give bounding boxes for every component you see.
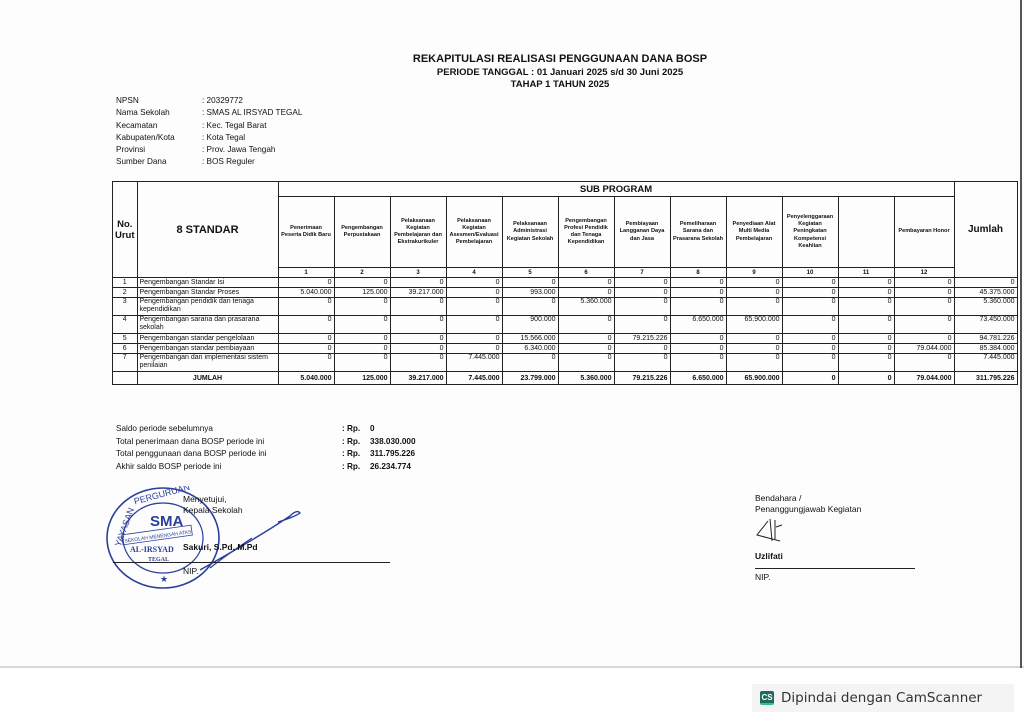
column-total: 0 (838, 372, 894, 385)
info-label: Sumber Dana (116, 156, 202, 168)
cell-value: 0 (614, 316, 670, 334)
column-number: 4 (446, 268, 502, 278)
cell-value: 0 (558, 316, 614, 334)
info-row: Kecamatan: Kec. Tegal Barat (116, 120, 302, 132)
page-bottom-edge (0, 666, 1024, 668)
info-row: Provinsi: Prov. Jawa Tengah (116, 144, 302, 156)
summary-label: Saldo periode sebelumnya (116, 423, 342, 436)
row-number: 6 (113, 344, 138, 354)
sub-program-header: SUB PROGRAM (278, 182, 954, 197)
column-total: 6.650.000 (670, 372, 726, 385)
column-total: 0 (782, 372, 838, 385)
cell-value: 0 (446, 278, 502, 288)
row-total: 45.375.000 (954, 288, 1017, 298)
grand-total: 311.795.226 (954, 372, 1017, 385)
summary-value: 0 (370, 423, 375, 436)
row-number: 2 (113, 288, 138, 298)
cell-value: 0 (334, 298, 390, 316)
cell-value: 65.900.000 (726, 316, 782, 334)
column-header: Pembayaran Honor (894, 197, 954, 268)
cell-value: 0 (278, 354, 334, 372)
cell-value: 0 (838, 354, 894, 372)
cell-value: 993.000 (502, 288, 558, 298)
cell-value: 0 (894, 334, 954, 344)
cell-value: 0 (502, 298, 558, 316)
summary-value: 311.795.226 (370, 448, 415, 461)
cell-value: 0 (726, 334, 782, 344)
cell-value: 0 (614, 344, 670, 354)
cell-value: 0 (838, 344, 894, 354)
column-number: 5 (502, 268, 558, 278)
row-number: 3 (113, 298, 138, 316)
table-row: 4 Pengembangan sarana dan prasarana seko… (113, 316, 1018, 334)
no-urut-header: No. Urut (113, 182, 138, 278)
cell-value: 0 (390, 334, 446, 344)
row-total: 94.781.226 (954, 334, 1017, 344)
cell-value: 6.650.000 (670, 316, 726, 334)
cell-value: 0 (894, 288, 954, 298)
cell-value: 0 (614, 298, 670, 316)
standar-name: Pengembangan Standar Proses (137, 288, 278, 298)
column-number: 9 (726, 268, 782, 278)
column-total: 5.040.000 (278, 372, 334, 385)
column-header: Pembiayaan Langganan Daya dan Jasa (614, 197, 670, 268)
cell-value: 0 (390, 344, 446, 354)
cell-value: 0 (670, 344, 726, 354)
cell-value: 0 (782, 344, 838, 354)
totals-label: JUMLAH (137, 372, 278, 385)
principal-signature-block: Menyetujui, Kepala Sekolah Sakuri, S.Pd,… (183, 494, 243, 516)
treasurer-title: Penanggungjawab Kegiatan (755, 504, 861, 515)
info-row: Sumber Dana: BOS Reguler (116, 156, 302, 168)
standar-name: Pengembangan standar pengelolaan (137, 334, 278, 344)
summary-label: Total penerimaan dana BOSP periode ini (116, 436, 342, 449)
cell-value: 0 (446, 344, 502, 354)
summary-value: 26.234.774 (370, 461, 411, 474)
cell-value: 0 (390, 298, 446, 316)
principal-name: Sakuri, S.Pd, M.Pd (183, 542, 258, 553)
summary-value: 338.030.000 (370, 436, 416, 449)
cell-value: 0 (446, 288, 502, 298)
document-title: REKAPITULASI REALISASI PENGGUNAAN DANA B… (0, 53, 1024, 65)
cell-value: 0 (390, 278, 446, 288)
cell-value: 39.217.000 (390, 288, 446, 298)
cell-value: 0 (894, 354, 954, 372)
cell-value: 0 (334, 354, 390, 372)
totals-row: JUMLAH5.040.000125.00039.217.0007.445.00… (113, 372, 1018, 385)
info-label: Provinsi (116, 144, 202, 156)
summary-currency: : Rp. (342, 461, 370, 474)
cell-value: 0 (446, 334, 502, 344)
column-number: 8 (670, 268, 726, 278)
cell-value: 0 (614, 278, 670, 288)
principal-nip: NIP. (183, 566, 198, 577)
empty-cell (113, 372, 138, 385)
svg-text:AL-IRSYAD: AL-IRSYAD (130, 545, 174, 554)
cell-value: 6.340.000 (502, 344, 558, 354)
standar-header: 8 STANDAR (137, 182, 278, 278)
cell-value: 0 (782, 288, 838, 298)
cell-value: 5.360.000 (558, 298, 614, 316)
cell-value: 0 (838, 278, 894, 288)
column-total: 5.360.000 (558, 372, 614, 385)
column-header: Pengembangan Perpustakaan (334, 197, 390, 268)
info-value: : 20329772 (202, 95, 243, 107)
cell-value: 0 (670, 354, 726, 372)
camscanner-text: Dipindai dengan CamScanner (781, 690, 982, 706)
column-total: 125.000 (334, 372, 390, 385)
cell-value: 5.040.000 (278, 288, 334, 298)
summary-row: Akhir saldo BOSP periode ini: Rp.26.234.… (116, 461, 416, 474)
cell-value: 15.566.000 (502, 334, 558, 344)
column-header: Penyediaan Alat Multi Media Pembelajaran (726, 197, 782, 268)
svg-text:★: ★ (160, 574, 168, 584)
summary-label: Akhir saldo BOSP periode ini (116, 461, 342, 474)
cell-value: 0 (502, 354, 558, 372)
row-number: 5 (113, 334, 138, 344)
cell-value: 0 (782, 298, 838, 316)
cell-value: 0 (726, 298, 782, 316)
row-total: 0 (954, 278, 1017, 288)
column-header: Pemeliharaan Sarana dan Prasarana Sekola… (670, 197, 726, 268)
column-total: 7.445.000 (446, 372, 502, 385)
school-info: NPSN: 20329772Nama Sekolah: SMAS AL IRSY… (116, 95, 302, 169)
treasurer-nip: NIP. (755, 572, 770, 583)
signature-line (755, 568, 915, 569)
jumlah-header: Jumlah (954, 182, 1017, 278)
cell-value: 0 (894, 278, 954, 288)
cell-value: 0 (558, 354, 614, 372)
info-label: Nama Sekolah (116, 107, 202, 119)
cell-value: 0 (278, 298, 334, 316)
info-value: : Prov. Jawa Tengah (202, 144, 275, 156)
column-header: Penyelenggaraan Kegiatan Peningkatan Kom… (782, 197, 838, 268)
column-number: 1 (278, 268, 334, 278)
page-right-edge (1020, 0, 1022, 668)
column-number: 10 (782, 268, 838, 278)
cell-value: 0 (726, 344, 782, 354)
cell-value: 0 (390, 354, 446, 372)
treasurer-label: Bendahara / (755, 493, 861, 504)
table-row: 1 Pengembangan Standar Isi0000000000000 (113, 278, 1018, 288)
cell-value: 0 (838, 316, 894, 334)
cell-value: 0 (502, 278, 558, 288)
info-value: : BOS Reguler (202, 156, 255, 168)
summary-currency: : Rp. (342, 423, 370, 436)
info-row: NPSN: 20329772 (116, 95, 302, 107)
column-number: 11 (838, 268, 894, 278)
info-row: Nama Sekolah: SMAS AL IRSYAD TEGAL (116, 107, 302, 119)
cell-value: 0 (726, 288, 782, 298)
cell-value: 0 (670, 278, 726, 288)
cell-value: 900.000 (502, 316, 558, 334)
cell-value: 0 (334, 334, 390, 344)
cell-value: 0 (782, 278, 838, 288)
column-total: 79.215.226 (614, 372, 670, 385)
cell-value: 0 (558, 278, 614, 288)
info-value: : Kec. Tegal Barat (202, 120, 266, 132)
cell-value: 0 (558, 288, 614, 298)
cell-value: 7.445.000 (446, 354, 502, 372)
cell-value: 0 (446, 298, 502, 316)
cell-value: 0 (838, 298, 894, 316)
cell-value: 0 (894, 316, 954, 334)
svg-text:SMA: SMA (150, 513, 184, 530)
camscanner-icon: CS (760, 691, 774, 705)
column-number: 7 (614, 268, 670, 278)
column-number: 2 (334, 268, 390, 278)
realisasi-table: No. Urut 8 STANDAR SUB PROGRAM JumlahPen… (112, 181, 1018, 385)
info-label: Kecamatan (116, 120, 202, 132)
column-number: 6 (558, 268, 614, 278)
treasurer-name: Uzlifati (755, 551, 783, 562)
column-total: 39.217.000 (390, 372, 446, 385)
approval-label: Menyetujui, (183, 494, 243, 505)
cell-value: 0 (670, 298, 726, 316)
cell-value: 0 (838, 288, 894, 298)
cell-value: 0 (670, 334, 726, 344)
signature-line (113, 562, 390, 563)
info-label: Kabupaten/Kota (116, 132, 202, 144)
row-number: 7 (113, 354, 138, 372)
row-total: 5.360.000 (954, 298, 1017, 316)
treasurer-signature-block: Bendahara / Penanggungjawab Kegiatan Uzl… (755, 493, 861, 515)
cell-value: 0 (278, 278, 334, 288)
standar-name: Pengembangan sarana dan prasarana sekola… (137, 316, 278, 334)
cell-value: 0 (726, 354, 782, 372)
table-row: 5 Pengembangan standar pengelolaan000015… (113, 334, 1018, 344)
info-label: NPSN (116, 95, 202, 107)
balance-summary: Saldo periode sebelumnya: Rp.0Total pene… (116, 423, 416, 473)
cell-value: 0 (670, 288, 726, 298)
cell-value: 0 (558, 334, 614, 344)
column-total: 79.044.000 (894, 372, 954, 385)
table-row: 6 Pengembangan standar pembiayaan00006.3… (113, 344, 1018, 354)
table-row: 3 Pengembangan pendidik dan tenaga kepen… (113, 298, 1018, 316)
standar-name: Pengembangan dan implementasi sistem pen… (137, 354, 278, 372)
cell-value: 0 (446, 316, 502, 334)
cell-value: 79.215.226 (614, 334, 670, 344)
standar-name: Pengembangan Standar Isi (137, 278, 278, 288)
column-header: Pelaksanaan Administrasi Kegiatan Sekola… (502, 197, 558, 268)
summary-row: Total penerimaan dana BOSP periode ini: … (116, 436, 416, 449)
summary-row: Total penggunaan dana BOSP periode ini: … (116, 448, 416, 461)
column-number: 12 (894, 268, 954, 278)
cell-value: 0 (782, 316, 838, 334)
document-stage: TAHAP 1 TAHUN 2025 (0, 79, 1024, 90)
cell-value: 0 (894, 298, 954, 316)
principal-title: Kepala Sekolah (183, 505, 243, 516)
column-header: Pelaksanaan Kegiatan Pembelajaran dan Ek… (390, 197, 446, 268)
cell-value: 0 (558, 344, 614, 354)
summary-label: Total penggunaan dana BOSP periode ini (116, 448, 342, 461)
row-total: 73.450.000 (954, 316, 1017, 334)
cell-value: 0 (278, 316, 334, 334)
summary-currency: : Rp. (342, 436, 370, 449)
column-header: Pelaksanaan Kegiatan Asesmen/Evaluasi Pe… (446, 197, 502, 268)
row-number: 4 (113, 316, 138, 334)
column-total: 23.799.000 (502, 372, 558, 385)
cell-value: 0 (782, 334, 838, 344)
summary-row: Saldo periode sebelumnya: Rp.0 (116, 423, 416, 436)
row-total: 85.384.000 (954, 344, 1017, 354)
cell-value: 0 (278, 334, 334, 344)
table-row: 7 Pengembangan dan implementasi sistem p… (113, 354, 1018, 372)
column-number: 3 (390, 268, 446, 278)
cell-value: 0 (334, 278, 390, 288)
cell-value: 0 (838, 334, 894, 344)
cell-value: 0 (334, 316, 390, 334)
standar-name: Pengembangan standar pembiayaan (137, 344, 278, 354)
table-row: 2 Pengembangan Standar Proses5.040.00012… (113, 288, 1018, 298)
info-value: : SMAS AL IRSYAD TEGAL (202, 107, 302, 119)
column-header: Pengembangan Profesi Pendidik dan Tenaga… (558, 197, 614, 268)
info-value: : Kota Tegal (202, 132, 245, 144)
document-period: PERIODE TANGGAL : 01 Januari 2025 s/d 30… (0, 67, 1024, 78)
cell-value: 0 (726, 278, 782, 288)
row-number: 1 (113, 278, 138, 288)
cell-value: 0 (278, 344, 334, 354)
cell-value: 0 (614, 354, 670, 372)
cell-value: 0 (782, 354, 838, 372)
summary-currency: : Rp. (342, 448, 370, 461)
camscanner-watermark: CS Dipindai dengan CamScanner (752, 684, 1014, 712)
treasurer-signature-icon (754, 517, 794, 545)
row-total: 7.445.000 (954, 354, 1017, 372)
column-header: Penerimaan Peserta Didik Baru (278, 197, 334, 268)
cell-value: 79.044.000 (894, 344, 954, 354)
cell-value: 0 (614, 288, 670, 298)
cell-value: 0 (334, 344, 390, 354)
standar-name: Pengembangan pendidik dan tenaga kependi… (137, 298, 278, 316)
info-row: Kabupaten/Kota: Kota Tegal (116, 132, 302, 144)
column-header (838, 197, 894, 268)
cell-value: 125.000 (334, 288, 390, 298)
column-total: 65.900.000 (726, 372, 782, 385)
cell-value: 0 (390, 316, 446, 334)
